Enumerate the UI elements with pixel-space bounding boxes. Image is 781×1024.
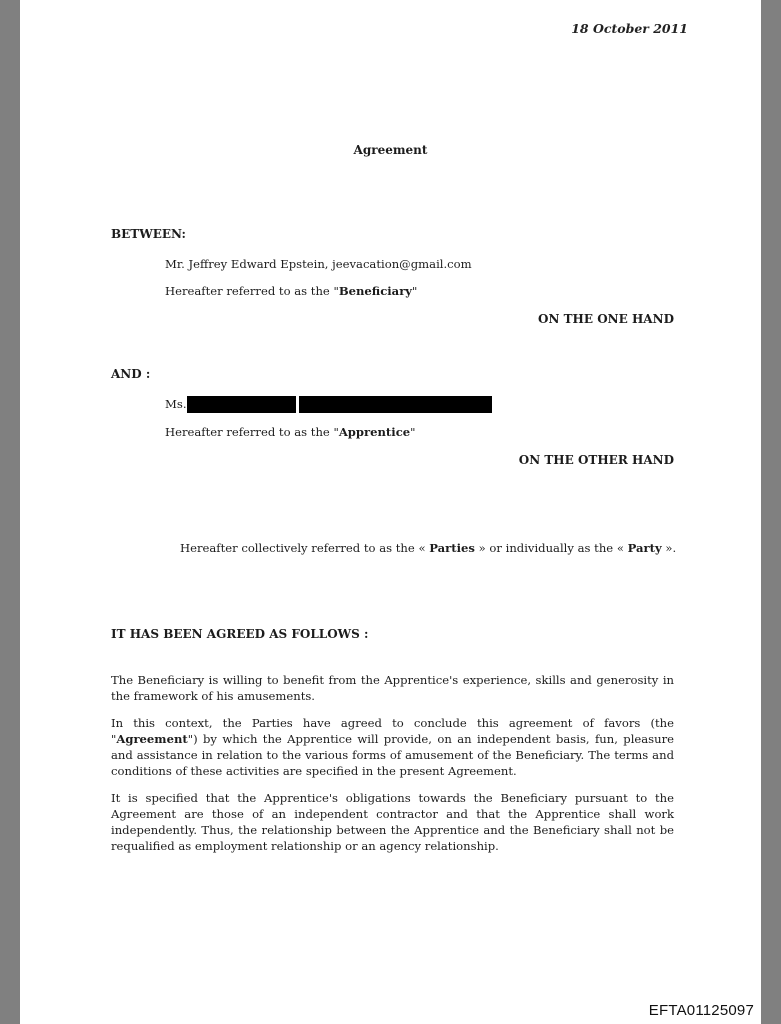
ref-text: Hereafter referred to as the " [165,425,339,439]
term-parties: Parties [429,541,475,555]
document-page: 18 October 2011 Agreement BETWEEN: Mr. J… [20,0,761,1024]
parties-definition: Hereafter collectively referred to as th… [180,541,676,555]
between-label: BETWEEN: [111,227,186,241]
text: ». [662,541,676,555]
on-the-one-hand: ON THE ONE HAND [538,312,674,326]
term-agreement: Agreement [116,732,187,746]
apprentice-name-prefix: Ms. [165,397,187,411]
beneficiary-name: Mr. Jeffrey Edward Epstein, jeevacation@… [165,257,472,271]
on-the-other-hand: ON THE OTHER HAND [519,453,674,467]
paragraph-3: It is specified that the Apprentice's ob… [111,790,674,854]
ref-term-beneficiary: Beneficiary [339,284,412,298]
ref-text: " [412,284,417,298]
ref-text: Hereafter referred to as the " [165,284,339,298]
paragraph-2: In this context, the Parties have agreed… [111,715,674,779]
beneficiary-reference: Hereafter referred to as the "Beneficiar… [165,284,417,298]
term-party: Party [628,541,662,555]
ref-text: " [410,425,415,439]
agreed-heading: IT HAS BEEN AGREED AS FOLLOWS : [111,627,368,641]
redaction-box [187,396,296,413]
text: Hereafter collectively referred to as th… [180,541,429,555]
document-title: Agreement [20,143,761,157]
text: ") by which the Apprentice will provide,… [111,732,674,778]
paragraph-1: The Beneficiary is willing to benefit fr… [111,672,674,704]
apprentice-reference: Hereafter referred to as the "Apprentice… [165,425,415,439]
redaction-box [299,396,492,413]
document-date: 18 October 2011 [571,21,688,36]
ref-term-apprentice: Apprentice [339,425,410,439]
and-label: AND : [111,367,150,381]
bates-stamp: EFTA01125097 [649,1002,754,1019]
text: » or individually as the « [475,541,628,555]
